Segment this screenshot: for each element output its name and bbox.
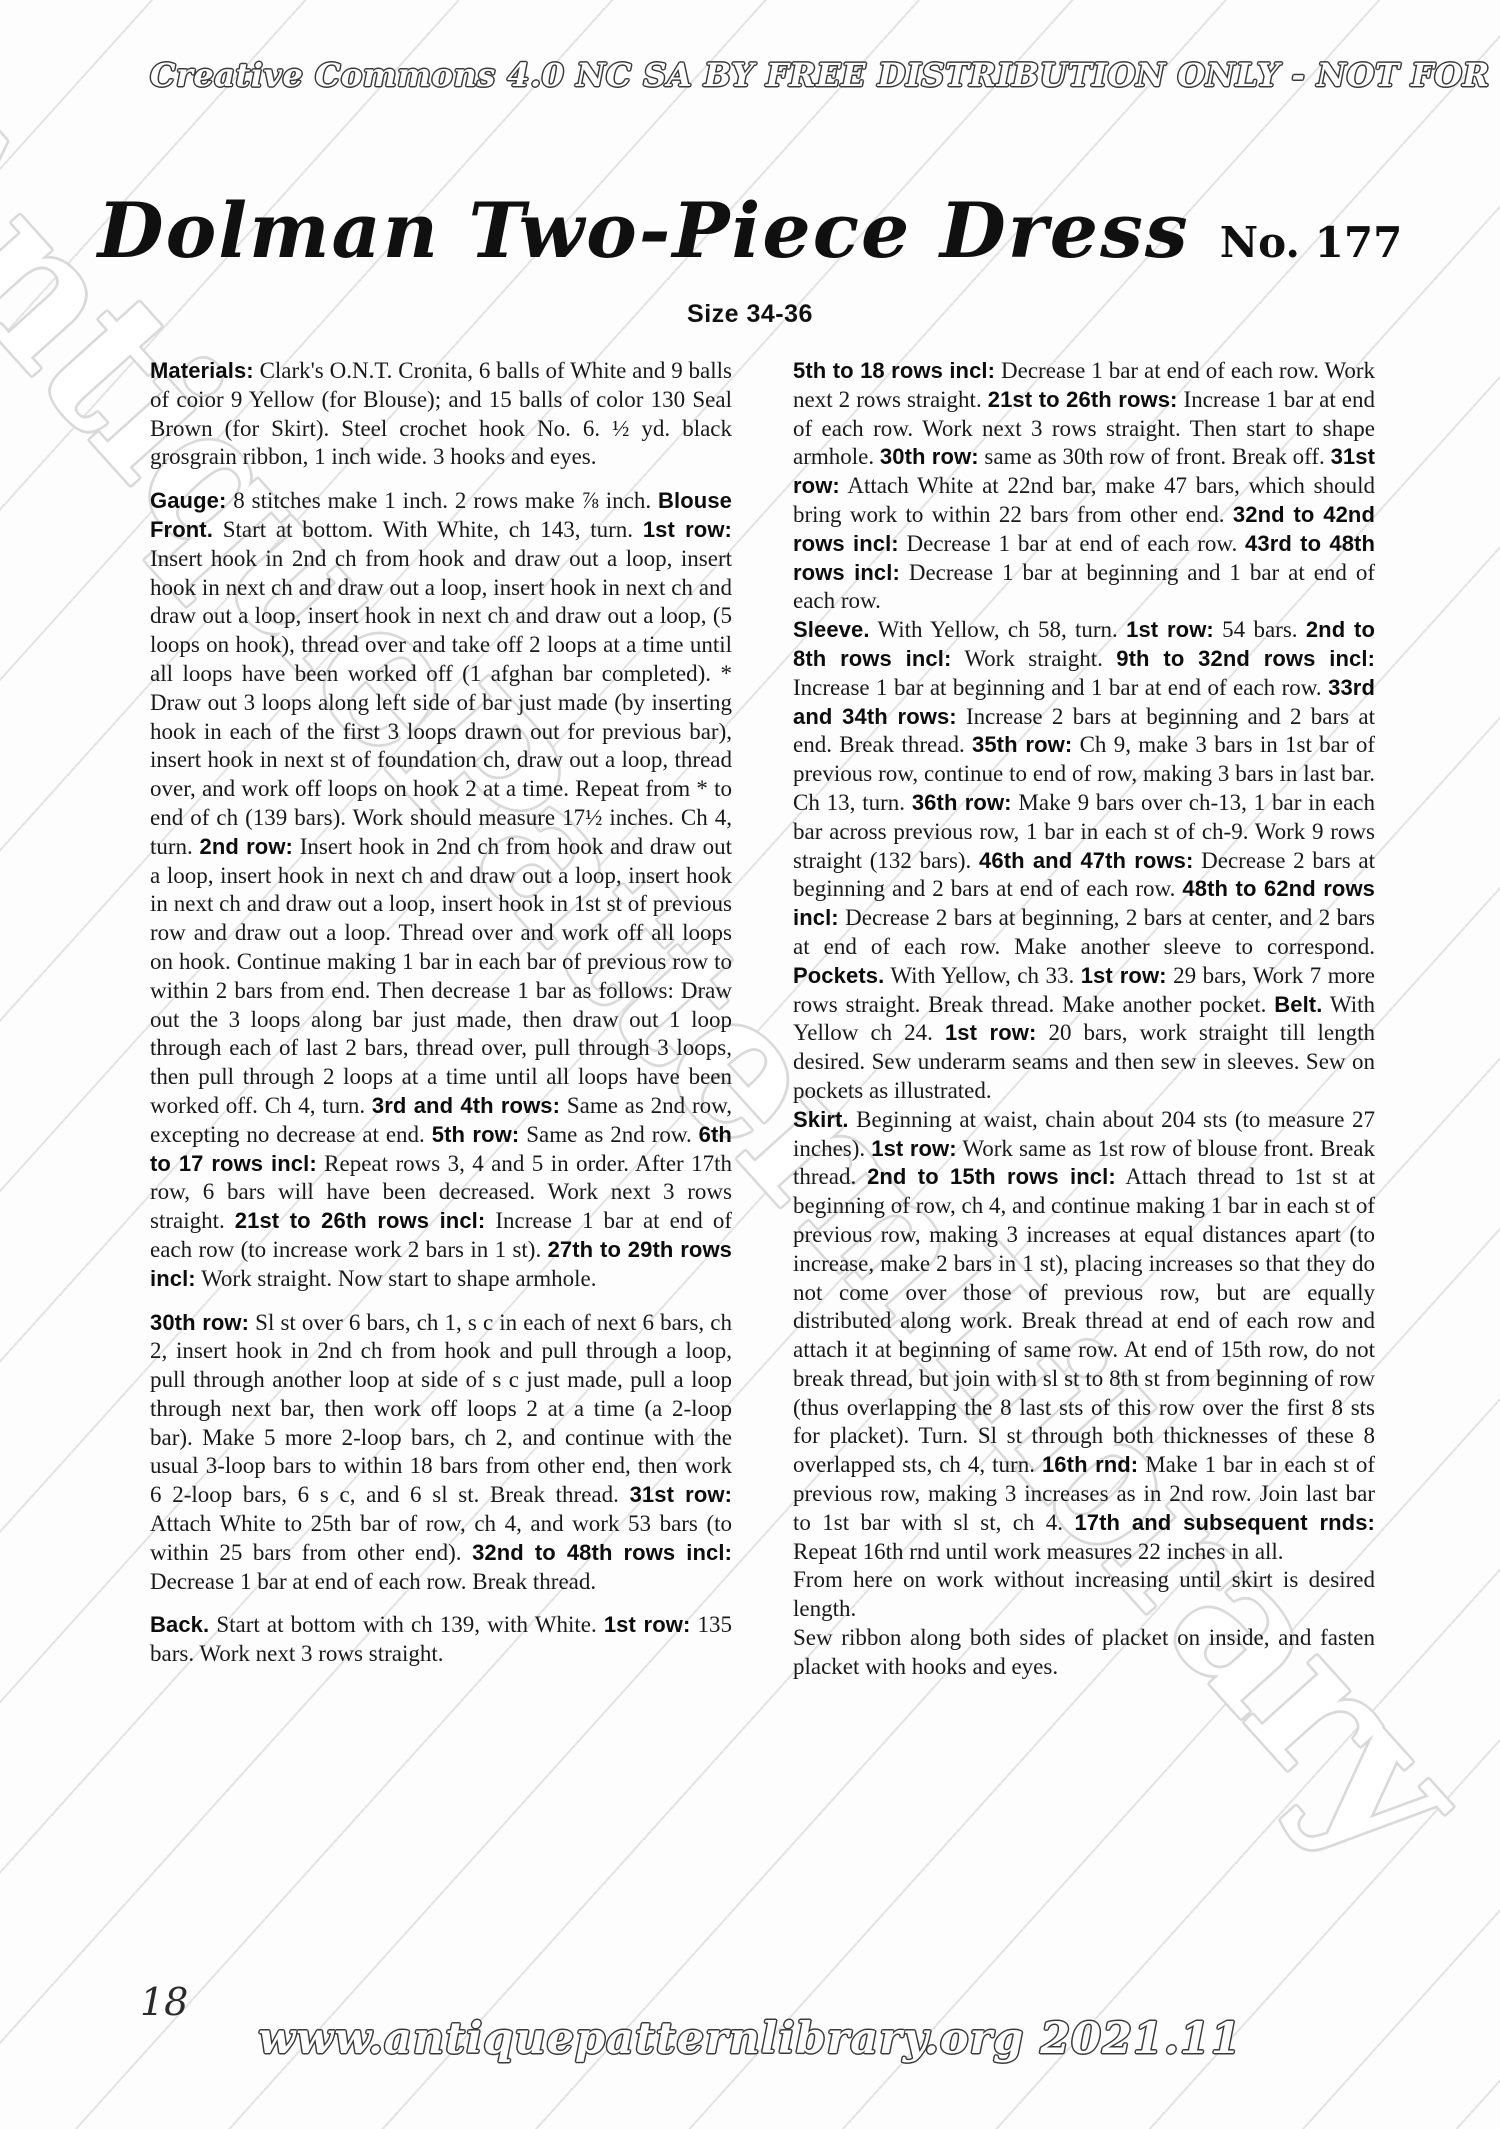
row-keyword: Skirt. [793, 1107, 849, 1132]
row-keyword: 2nd to 15th rows incl: [867, 1164, 1116, 1189]
paragraph: Materials: Clark's O.N.T. Cronita, 6 bal… [150, 357, 732, 472]
body-text: Work straight. Now start to shape armhol… [196, 1266, 597, 1291]
row-keyword: 1st row: [945, 1020, 1036, 1045]
row-keyword: 1st row: [1081, 963, 1167, 988]
body-text: Start at bottom with ch 139, with White. [209, 1612, 604, 1637]
row-keyword: Materials: [150, 358, 254, 383]
row-keyword: 32nd to 48th rows incl: [472, 1540, 732, 1565]
body-text: Same as 2nd row. [519, 1122, 698, 1147]
row-keyword: Belt. [1274, 992, 1322, 1017]
page-content: Creative Commons 4.0 NC SA BY FREE DISTR… [0, 0, 1500, 2129]
row-keyword: Gauge: [150, 488, 226, 513]
body-text: Increase 1 bar at beginning and 1 bar at… [793, 675, 1328, 700]
body-text: Insert hook in 2nd ch from hook and draw… [150, 546, 732, 859]
row-keyword: 5th row: [432, 1122, 520, 1147]
row-keyword: 1st row: [604, 1612, 691, 1637]
body-text: same as 30th row of front. Break off. [979, 444, 1331, 469]
footer-watermark: www.antiquepatternlibrary.org 2021.11 [0, 2014, 1500, 2064]
body-text: From here on work without increasing unt… [793, 1567, 1375, 1621]
pattern-number: No. 177 [1220, 218, 1403, 267]
text-column-right: 5th to 18 rows incl: Decrease 1 bar at e… [793, 357, 1375, 1682]
scanned-pattern-page: AntiquePatternLibrary Creative Commons 4… [0, 0, 1500, 2129]
body-text: With Yellow, ch 33. [884, 963, 1080, 988]
row-keyword: 35th row: [972, 732, 1072, 757]
body-text: Sew ribbon along both sides of placket o… [793, 1625, 1375, 1679]
paragraph: 5th to 18 rows incl: Decrease 1 bar at e… [793, 357, 1375, 616]
paragraph: Back. Start at bottom with ch 139, with … [150, 1611, 732, 1669]
row-keyword: 1st row: [1126, 617, 1214, 642]
paragraph: Gauge: 8 stitches make 1 inch. 2 rows ma… [150, 487, 732, 1293]
paragraph: Sleeve. With Yellow, ch 58, turn. 1st ro… [793, 616, 1375, 1106]
row-keyword: 9th to 32nd rows incl: [1116, 646, 1375, 671]
body-text: Attach thread to 1st st at beginning of … [793, 1164, 1375, 1477]
license-header: Creative Commons 4.0 NC SA BY FREE DISTR… [150, 56, 1500, 94]
body-text: With Yellow, ch 58, turn. [870, 617, 1127, 642]
row-keyword: Sleeve. [793, 617, 870, 642]
row-keyword: 2nd row: [200, 834, 293, 859]
row-keyword: 1st row: [643, 517, 732, 542]
body-text: Work straight. [951, 646, 1116, 671]
row-keyword: 5th to 18 rows incl: [793, 358, 995, 383]
body-text: 54 bars. [1214, 617, 1306, 642]
size-subtitle: Size 34-36 [0, 300, 1500, 329]
body-text: Start at bottom. With White, ch 143, tur… [213, 517, 643, 542]
page-title: Dolman Two-Piece Dress [98, 186, 1190, 275]
body-text: Decrease 2 bars at beginning, 2 bars at … [793, 905, 1375, 959]
body-text: Decrease 1 bar at end of each row. [899, 531, 1245, 556]
body-text: Repeat 16th rnd until work measures 22 i… [793, 1539, 1284, 1564]
body-text: Insert hook in 2nd ch from hook and draw… [150, 834, 732, 1118]
row-keyword: 30th row: [150, 1310, 249, 1335]
paragraph: From here on work without increasing unt… [793, 1566, 1375, 1624]
row-keyword: Pockets. [793, 963, 884, 988]
paragraph: 30th row: Sl st over 6 bars, ch 1, s c i… [150, 1309, 732, 1597]
text-column-left: Materials: Clark's O.N.T. Cronita, 6 bal… [150, 357, 732, 1682]
row-keyword: 36th row: [912, 790, 1012, 815]
text-columns: Materials: Clark's O.N.T. Cronita, 6 bal… [150, 357, 1375, 1682]
row-keyword: 16th rnd: [1042, 1452, 1138, 1477]
row-keyword: 30th row: [880, 444, 979, 469]
paragraph: Sew ribbon along both sides of placket o… [793, 1624, 1375, 1682]
paragraph: Skirt. Beginning at waist, chain about 2… [793, 1106, 1375, 1567]
body-text: Sl st over 6 bars, ch 1, s c in each of … [150, 1310, 732, 1508]
row-keyword: 3rd and 4th rows: [372, 1093, 560, 1118]
title-row: Dolman Two-Piece DressNo. 177 [0, 186, 1500, 275]
row-keyword: 21st to 26th rows incl: [235, 1208, 486, 1233]
row-keyword: 17th and subsequent rnds: [1074, 1510, 1375, 1535]
row-keyword: 21st to 26th rows: [988, 387, 1178, 412]
body-text: Decrease 1 bar at end of each row. Break… [150, 1569, 596, 1594]
row-keyword: 46th and 47th rows: [979, 848, 1193, 873]
row-keyword: Back. [150, 1612, 209, 1637]
body-text: 8 stitches make 1 inch. 2 rows make ⅞ in… [226, 488, 658, 513]
row-keyword: 31st row: [630, 1482, 732, 1507]
row-keyword: 1st row: [871, 1136, 956, 1161]
